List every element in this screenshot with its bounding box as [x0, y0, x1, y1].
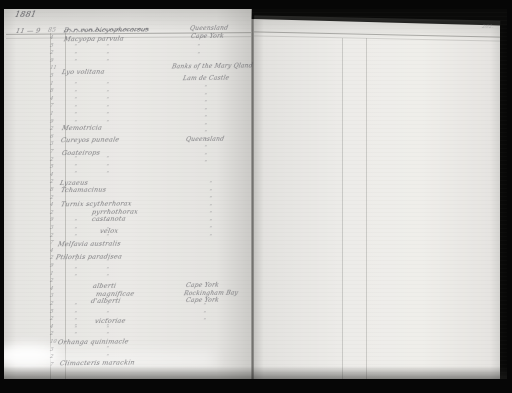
- page-number: 202.: [481, 24, 494, 30]
- scanner-frame: [0, 0, 4, 393]
- number-column-mark: 2: [49, 179, 54, 185]
- ditto-mark: ": [105, 156, 109, 162]
- ditto-mark: ": [105, 104, 109, 110]
- number-column-mark: 4: [49, 35, 54, 41]
- number-column-mark: 2: [49, 278, 54, 284]
- ditto-mark: ": [208, 203, 212, 209]
- species-name-entry: Lyo volitana: [61, 68, 105, 77]
- number-column-mark: 7: [49, 103, 54, 109]
- ditto-mark: ": [105, 324, 109, 330]
- number-column-mark: 5: [49, 73, 54, 79]
- ditto-mark: ": [105, 59, 109, 65]
- number-column-mark: 9: [49, 263, 54, 269]
- number-column-mark: 1: [49, 81, 54, 87]
- ditto-mark: ": [73, 226, 77, 232]
- number-column-mark: 2: [49, 210, 54, 216]
- ditto-mark: ": [73, 331, 77, 337]
- ditto-mark: ": [73, 324, 77, 330]
- locality-entry: Cape York: [185, 282, 219, 289]
- species-name-entry: alberti: [92, 282, 117, 290]
- ditto-mark: ": [208, 218, 212, 224]
- ditto-mark: ": [203, 107, 207, 113]
- species-name-entry: Climacteris marackin: [59, 359, 136, 368]
- number-column-mark: 7: [49, 240, 54, 246]
- ditto-mark: ": [202, 318, 206, 324]
- number-column-mark: 6: [49, 134, 54, 140]
- number-column-mark: 8: [49, 187, 54, 193]
- ditto-mark: ": [208, 181, 212, 187]
- ditto-mark: ": [105, 119, 109, 125]
- number-column-mark: 9: [49, 119, 54, 125]
- number-column-mark: 4: [49, 96, 54, 102]
- ditto-mark: ": [203, 100, 207, 106]
- species-name-entry: Ptilorhis paradisea: [55, 253, 123, 262]
- ditto-mark: ": [73, 59, 77, 65]
- ditto-mark: ": [105, 219, 109, 225]
- number-column-mark: 5: [49, 164, 54, 170]
- ditto-mark: ": [73, 234, 77, 240]
- number-column-mark: 2: [49, 354, 54, 360]
- number-column-mark: 4: [49, 286, 54, 292]
- ditto-mark: ": [105, 171, 109, 177]
- ditto-mark: ": [105, 303, 109, 309]
- locality-entry: Cape York: [190, 33, 224, 40]
- ditto-mark: ": [73, 51, 77, 57]
- number-column-mark: 5: [49, 43, 54, 49]
- ditto-mark: ": [208, 233, 212, 239]
- ditto-mark: ": [202, 303, 206, 309]
- number-column-mark: 4: [49, 248, 54, 254]
- ditto-mark: ": [73, 112, 77, 118]
- ditto-mark: ": [105, 163, 109, 169]
- ditto-mark: ": [105, 331, 109, 337]
- number-column-mark: 1: [49, 111, 54, 117]
- number-column-mark: 2: [49, 255, 54, 261]
- number-column-mark: 2: [49, 126, 54, 132]
- species-name-entry: Goateirops: [61, 149, 101, 157]
- ditto-mark: ": [105, 346, 109, 352]
- ditto-mark: ": [208, 211, 212, 217]
- scanner-frame: [0, 379, 512, 393]
- ditto-mark: ": [73, 89, 77, 95]
- number-column-mark: 4: [49, 172, 54, 178]
- species-name-entry: Cureyos puneale: [60, 136, 120, 145]
- ditto-mark: ": [208, 196, 212, 202]
- number-column-mark: 9: [49, 58, 54, 64]
- spine-corner-highlight: [0, 0, 10, 30]
- number-column-mark: 3: [49, 225, 54, 231]
- ditto-mark: ": [73, 219, 77, 225]
- number-column-mark: 9: [49, 217, 54, 223]
- ditto-mark: ": [208, 226, 212, 232]
- locality-entry: Banks of the Mary Qland: [171, 63, 253, 71]
- ditto-mark: ": [73, 156, 77, 162]
- ditto-mark: ": [203, 160, 207, 166]
- number-column-mark: 2: [49, 233, 54, 239]
- number-column-mark: 5: [49, 309, 54, 315]
- locality-entry: Queensland: [189, 25, 229, 32]
- ditto-mark: ": [73, 266, 77, 272]
- number-column-mark: 8: [49, 88, 54, 94]
- species-name-entry: Orhanga quinimacle: [57, 338, 129, 347]
- ditto-mark: ": [203, 85, 207, 91]
- number-column-mark: 7: [49, 149, 54, 155]
- ditto-mark: ": [105, 82, 109, 88]
- number-column-mark: 3: [49, 141, 54, 147]
- year-label: 1881: [14, 10, 37, 19]
- ditto-mark: ": [196, 51, 200, 57]
- ditto-mark: ": [105, 112, 109, 118]
- number-column-mark: 3: [49, 347, 54, 353]
- ditto-mark: ": [196, 44, 200, 50]
- ditto-mark: ": [203, 122, 207, 128]
- number-column-mark: 11: [49, 65, 57, 71]
- number-column-mark: 3: [49, 293, 54, 299]
- ditto-mark: ": [203, 115, 207, 121]
- ditto-mark: ": [73, 274, 77, 280]
- entry-number: 85: [47, 27, 56, 34]
- species-name-entry: B. r. von bicyophorarsus: [63, 25, 150, 34]
- number-column-mark: 2: [49, 331, 54, 337]
- margin-date: 11 — 9: [15, 27, 41, 35]
- ditto-mark: ": [73, 97, 77, 103]
- species-name-entry: Macyopa parvula: [63, 35, 125, 44]
- ditto-mark: ": [73, 259, 77, 265]
- ditto-mark: ": [73, 310, 77, 316]
- number-column-mark: 7: [49, 362, 54, 368]
- ditto-mark: ": [105, 266, 109, 272]
- ditto-mark: ": [105, 44, 109, 50]
- number-column-mark: 2: [49, 157, 54, 163]
- ditto-mark: ": [203, 92, 207, 98]
- species-name-entry: Tchamacinus: [60, 186, 107, 195]
- number-column-mark: 2: [49, 316, 54, 322]
- ledger-scan: 1881 11 — 9 85 202. B. r. von bicyophora…: [0, 0, 512, 393]
- ditto-mark: ": [202, 310, 206, 316]
- number-column-mark: 10: [49, 339, 57, 345]
- ditto-mark: ": [73, 303, 77, 309]
- ditto-mark: ": [73, 171, 77, 177]
- ditto-mark: ": [105, 97, 109, 103]
- species-name-entry: Memotricia: [61, 124, 103, 132]
- ditto-mark: ": [203, 145, 207, 151]
- ditto-mark: ": [105, 89, 109, 95]
- number-column-mark: 1: [49, 271, 54, 277]
- number-column-mark: 2: [49, 301, 54, 307]
- number-column-mark: 2: [49, 195, 54, 201]
- ditto-mark: ": [73, 163, 77, 169]
- ditto-mark: ": [105, 274, 109, 280]
- scanner-frame: [507, 0, 512, 393]
- ditto-mark: ": [105, 51, 109, 57]
- ditto-mark: ": [105, 310, 109, 316]
- locality-entry: Lam de Castle: [182, 75, 230, 83]
- ditto-mark: ": [208, 188, 212, 194]
- ditto-mark: ": [73, 44, 77, 50]
- species-name-entry: Melfavia australis: [57, 240, 121, 249]
- ditto-mark: ": [105, 259, 109, 265]
- ditto-mark: ": [73, 82, 77, 88]
- number-column-mark: 2: [49, 50, 54, 56]
- ditto-mark: ": [73, 104, 77, 110]
- species-name-entry: victoriae: [94, 317, 126, 325]
- handwriting-layer: 1881 11 — 9 85 202. B. r. von bicyophora…: [0, 0, 512, 393]
- number-column-mark: 4: [49, 202, 54, 208]
- number-column-mark: 4: [49, 324, 54, 330]
- ditto-mark: ": [203, 152, 207, 158]
- scanner-frame: [0, 0, 512, 9]
